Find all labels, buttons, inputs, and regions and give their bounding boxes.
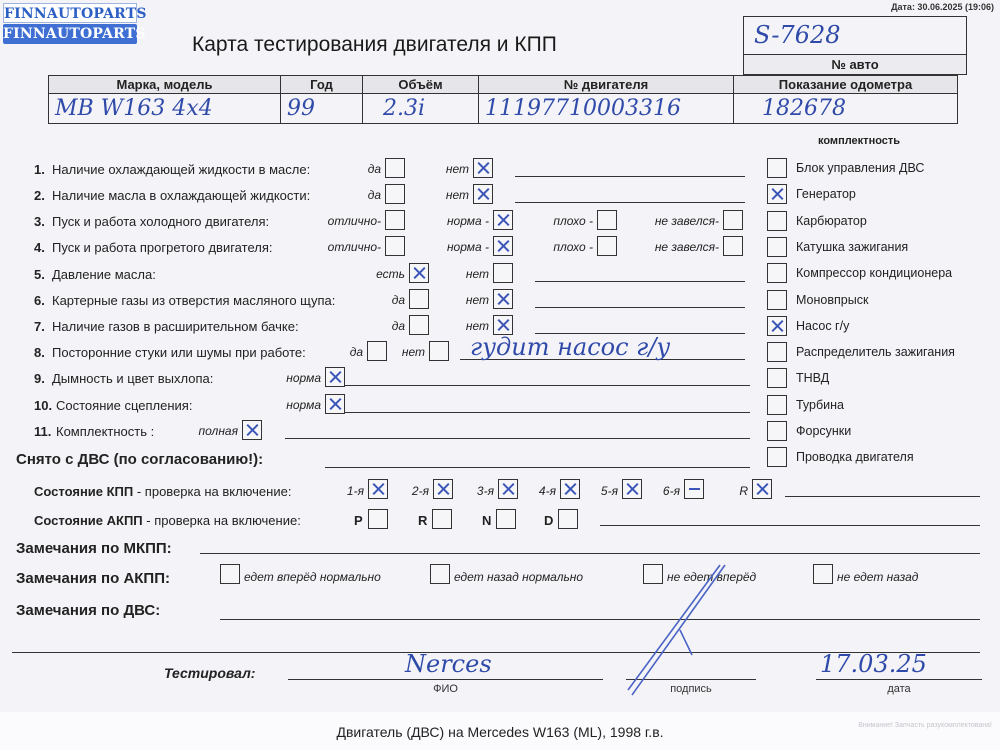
kit-checkbox[interactable] [767,158,787,178]
position-label: D [544,513,553,528]
gear-checkbox[interactable] [560,479,580,499]
value-odometer: 182678 [734,94,958,124]
signature-stroke-icon [620,560,730,700]
note-line [345,385,750,386]
kit-checkbox[interactable] [767,211,787,231]
check-label: Состояние сцепления: [56,398,192,413]
remarks-akpp-label: Замечания по АКПП: [16,570,170,587]
akpp-remark-label: едет назад нормально [454,570,583,584]
option-label: отлично- [280,240,381,254]
position-checkbox[interactable] [368,509,388,529]
gear-label: 1-я [334,484,364,498]
option-checkbox[interactable] [325,367,345,387]
kit-checkbox[interactable] [767,342,787,362]
kit-item-label: Распределитель зажигания [796,345,955,359]
option-label: норма [240,398,321,412]
akpp-remark-label: едет вперёд нормально [244,570,381,584]
option-checkbox[interactable] [723,210,743,230]
option-label: нет [420,267,489,281]
remarks-mkpp-line [200,553,980,554]
option-label: плохо - [495,240,593,254]
akpp-remark-checkbox[interactable] [220,564,240,584]
form-title: Карта тестирования двигателя и КПП [192,33,557,57]
check-number: 7. [34,319,45,334]
caption-text: Двигатель (ДВС) на Mercedes W163 (ML), 1… [336,724,663,740]
test-date: 17.03.25 [820,650,927,678]
check-label: Наличие газов в расширительном бачке: [52,319,299,334]
option-checkbox[interactable] [493,263,513,283]
kpp-label: Состояние КПП - проверка на включение: [34,484,291,499]
option-label: нет [420,319,489,333]
option-checkbox[interactable] [325,394,345,414]
check-number: 3. [34,214,45,229]
check-label: Дымность и цвет выхлопа: [52,371,213,386]
akpp-remark-checkbox[interactable] [430,564,450,584]
gear-label: 4-я [526,484,556,498]
option-label: отлично- [280,214,381,228]
col-engine-number: № двигателя [479,76,734,94]
check-number: 11. [34,424,51,439]
kpp-label-rest: - проверка на включение: [133,484,291,499]
option-checkbox[interactable] [473,158,493,178]
col-odometer: Показание одометра [734,76,958,94]
value-year: 99 [281,94,363,124]
position-label: P [354,513,363,528]
kit-title: комплектность [818,135,900,147]
akpp-remark-label: не едет назад [837,570,918,584]
option-label: да [300,345,363,359]
check-number: 10. [34,398,52,413]
auto-number-box: S-7628 № авто [743,16,967,75]
check-label: Картерные газы из отверстия масляного щу… [52,293,335,308]
auto-number-value: S-7628 [744,17,966,55]
check-number: 1. [34,162,45,177]
col-volume: Объём [363,76,479,94]
check-number: 2. [34,188,45,203]
kit-checkbox[interactable] [767,368,787,388]
kit-checkbox[interactable] [767,395,787,415]
note-line [535,281,745,282]
option-label: есть [330,267,405,281]
tester-name-line [288,679,603,680]
option-label: да [330,293,405,307]
option-label: нет [400,162,469,176]
position-label: N [482,513,491,528]
kpp-label-bold: Состояние КПП [34,484,133,499]
note-line [285,438,750,439]
noise-note: гудит насос г/у [470,333,670,361]
note-line [515,202,745,203]
akpp-label: Состояние АКПП - проверка на включение: [34,513,301,528]
date-stamp: Дата: 30.06.2025 (19:06) [891,2,994,12]
remarks-dvs-label: Замечания по ДВС: [16,602,160,619]
check-label: Комплектность : [56,424,154,439]
check-label: Пуск и работа холодного двигателя: [52,214,269,229]
gear-checkbox[interactable] [684,479,704,499]
option-checkbox[interactable] [493,289,513,309]
check-label: Наличие масла в охлаждающей жидкости: [52,188,310,203]
kit-item-label: Катушка зажигания [796,240,908,254]
kit-item-label: Проводка двигателя [796,450,914,464]
check-number: 4. [34,240,45,255]
watermark-text: Внимание! Запчасть разукомплектована! [858,706,992,746]
remarks-mkpp-label: Замечания по МКПП: [16,540,172,557]
brand-logo-bottom[interactable]: FINNAUTOPARTS [3,24,137,44]
gear-checkbox[interactable] [433,479,453,499]
akpp-label-bold: Состояние АКПП [34,513,143,528]
gear-label: R [718,484,748,498]
gear-label: 5-я [588,484,618,498]
col-make-model: Марка, модель [49,76,281,94]
gear-checkbox[interactable] [752,479,772,499]
kit-checkbox[interactable] [767,263,787,283]
position-label: R [418,513,427,528]
gear-checkbox[interactable] [498,479,518,499]
tester-name: Nerces [405,650,492,678]
vehicle-info-table: Марка, модель Год Объём № двигателя Пока… [48,75,958,124]
akpp-line [600,525,980,526]
test-card-sheet: FINNAUTOPARTS FINNAUTOPARTS Дата: 30.06.… [0,0,1000,712]
kit-item-label: Генератор [796,187,856,201]
option-label: да [330,319,405,333]
kpp-line [785,496,980,497]
check-number: 9. [34,371,45,386]
gear-checkbox[interactable] [622,479,642,499]
remarks-dvs-line [220,619,980,620]
kit-item-label: Блок управления ДВС [796,161,924,175]
option-checkbox[interactable] [242,420,262,440]
value-volume: 2.3i [363,94,479,124]
auto-number-label: № авто [744,55,966,74]
note-line [515,176,745,177]
check-label: Посторонние стуки или шумы при работе: [52,345,306,360]
option-label: плохо - [495,214,593,228]
kit-checkbox[interactable] [767,421,787,441]
kit-item-label: Насос г/у [796,319,849,333]
check-number: 8. [34,345,45,360]
option-label: норма [240,371,321,385]
akpp-remark-checkbox[interactable] [813,564,833,584]
value-make-model: MB W163 4x4 [49,94,281,124]
value-engine-number: 11197710003316 [479,94,734,124]
position-checkbox[interactable] [432,509,452,529]
check-label: Наличие охлаждающей жидкости в масле: [52,162,310,177]
option-checkbox[interactable] [493,315,513,335]
option-label: нет [420,293,489,307]
option-label: да [320,188,381,202]
kit-checkbox[interactable] [767,447,787,467]
date-caption: дата [816,683,982,695]
tested-by-label: Тестировал: [164,665,255,681]
kit-item-label: Форсунки [796,424,851,438]
check-label: Пуск и работа прогретого двигателя: [52,240,272,255]
gear-label: 3-я [464,484,494,498]
option-checkbox[interactable] [723,236,743,256]
option-label: норма - [400,240,489,254]
kit-item-label: Моновпрыск [796,293,868,307]
option-checkbox[interactable] [429,341,449,361]
akpp-label-rest: - проверка на включение: [143,513,301,528]
tester-name-caption: ФИО [288,683,603,695]
kit-checkbox[interactable] [767,237,787,257]
note-line [535,307,745,308]
kit-item-label: Карбюратор [796,214,867,228]
kit-item-label: Турбина [796,398,844,412]
option-checkbox[interactable] [473,184,493,204]
option-label: не завелся- [600,240,719,254]
gear-label: 6-я [650,484,680,498]
position-checkbox[interactable] [496,509,516,529]
note-line [345,412,750,413]
gear-label: 2-я [399,484,429,498]
photo-caption: Двигатель (ДВС) на Mercedes W163 (ML), 1… [0,712,1000,750]
kit-item-label: ТНВД [796,371,829,385]
col-year: Год [281,76,363,94]
kit-checkbox[interactable] [767,316,787,336]
brand-logo-top[interactable]: FINNAUTOPARTS [3,3,137,23]
check-label: Давление масла: [52,267,156,282]
check-number: 6. [34,293,45,308]
option-label: нет [360,345,425,359]
option-label: нет [400,188,469,202]
option-label: полная [160,424,238,438]
option-label: не завелся- [600,214,719,228]
date-line [816,679,982,680]
removed-line [325,467,750,468]
kit-item-label: Компрессор кондиционера [796,266,952,280]
kit-checkbox[interactable] [767,290,787,310]
option-label: норма - [400,214,489,228]
removed-label: Снято с ДВС (по согласованию!): [16,451,263,468]
kit-checkbox[interactable] [767,184,787,204]
position-checkbox[interactable] [558,509,578,529]
check-number: 5. [34,267,45,282]
gear-checkbox[interactable] [368,479,388,499]
option-label: да [320,162,381,176]
